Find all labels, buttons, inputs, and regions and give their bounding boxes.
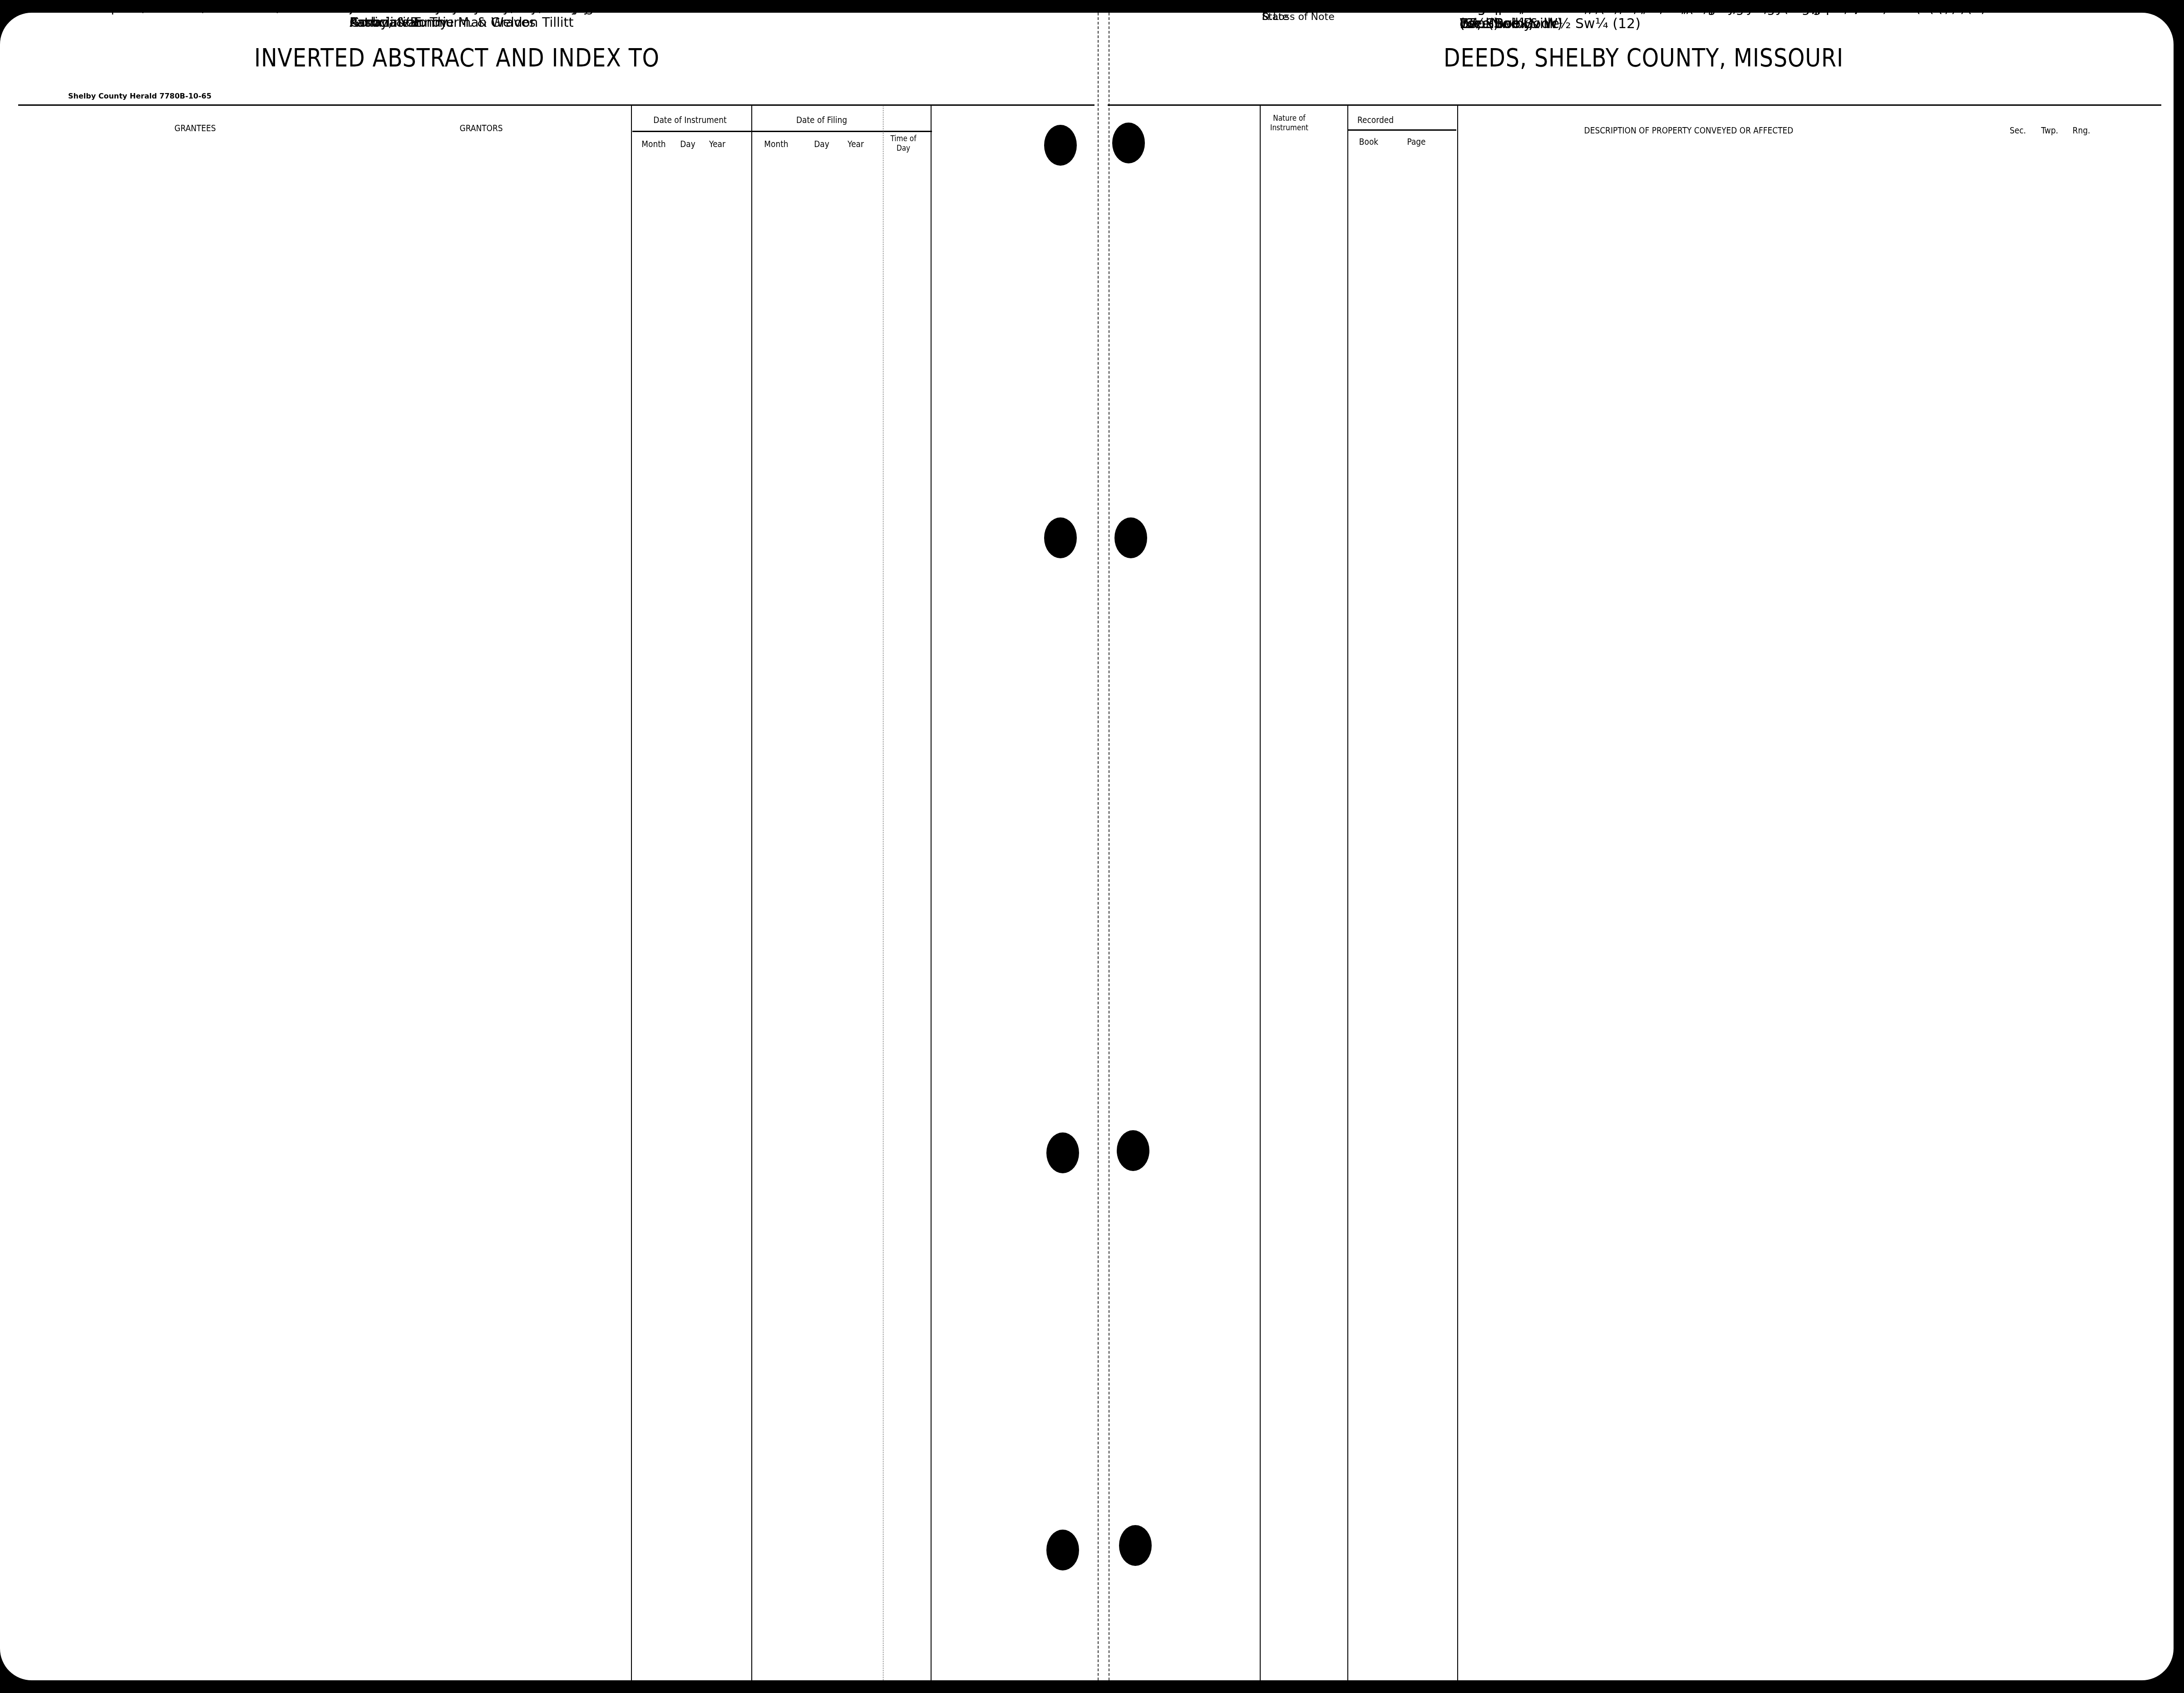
divider (883, 105, 883, 1680)
col-header-page: Page (1405, 136, 1428, 147)
inst-day-cell: 21 (679, 0, 704, 9)
col-header-fil-day: Day (808, 138, 835, 149)
binding-spine (1098, 13, 1109, 1680)
binder-hole (1112, 123, 1145, 163)
left-page (0, 13, 1102, 1680)
header-rule-left (18, 104, 1094, 106)
divider (931, 105, 932, 1680)
divider (751, 105, 752, 1680)
col-header-date-of-instrument: Date of Instrument (640, 114, 740, 125)
printer-imprint: Shelby County Herald 7780B-10-65 (68, 92, 212, 100)
col-header-grantors: GRANTORS (443, 123, 520, 133)
col-header-inst-month: Month (636, 138, 671, 149)
binder-hole (1046, 1530, 1079, 1570)
fil-day-cell: 22 (808, 0, 838, 9)
nature-cell: T D (1262, 0, 1346, 9)
divider (631, 105, 632, 1680)
binder-hole (1117, 1130, 1149, 1171)
binder-hole (1114, 517, 1147, 558)
col-header-inst-year: Year (704, 138, 731, 149)
col-header-nature: Nature of Instrument (1266, 113, 1312, 133)
fil-month-cell: " (754, 0, 804, 9)
col-header-grantees: GRANTEES (157, 123, 234, 133)
col-header-book: Book (1357, 136, 1380, 147)
fil-year-cell: " (839, 0, 882, 9)
binder-hole (1119, 1525, 1152, 1566)
book-cell: 84A (1349, 0, 1392, 9)
inst-month-cell: " (635, 0, 678, 9)
right-page-title: DEEDS, SHELBY COUNTY, MISSOURI (1444, 43, 1844, 73)
col-header-fil-month: Month (759, 138, 794, 149)
divider (1457, 105, 1458, 1680)
grantor-cell: Richard L. Magruder (350, 0, 629, 9)
col-header-date-of-filing: Date of Filing (772, 114, 872, 125)
divider (1260, 105, 1261, 1680)
col-header-time-of-day: Time of Day (888, 134, 919, 153)
col-header-sec: Sec. (2008, 125, 2028, 136)
col-header-inst-day: Day (676, 138, 700, 149)
left-page-title: INVERTED ABSTRACT AND INDEX TO (254, 43, 660, 73)
rng-cell: 11 (2070, 0, 2097, 9)
col-header-twp: Twp. (2040, 125, 2060, 136)
binder-hole (1046, 1132, 1079, 1173)
col-header-fil-year: Year (842, 138, 869, 149)
col-header-rng: Rng. (2072, 125, 2091, 136)
binder-hole (1044, 517, 1077, 558)
recorded-header-rule (1347, 129, 1456, 131)
twp-cell: 57 (2035, 0, 2066, 9)
divider (1347, 105, 1348, 1680)
col-header-description: DESCRIPTION OF PROPERTY CONVEYED OR AFFE… (1565, 125, 1812, 136)
time-cell: 9:05 (885, 0, 930, 9)
header-rule-right (1108, 104, 2161, 106)
date-header-rule (632, 131, 932, 132)
sec-cell: 31 (2000, 0, 2031, 9)
page-cell: 525 (1400, 0, 1456, 9)
col-header-recorded: Recorded (1352, 114, 1399, 125)
description-cell: S½ Se¼ (31) (1459, 0, 1986, 9)
right-page (1102, 13, 2174, 1680)
binder-hole (1044, 125, 1077, 166)
inst-year-cell: " (706, 0, 749, 9)
